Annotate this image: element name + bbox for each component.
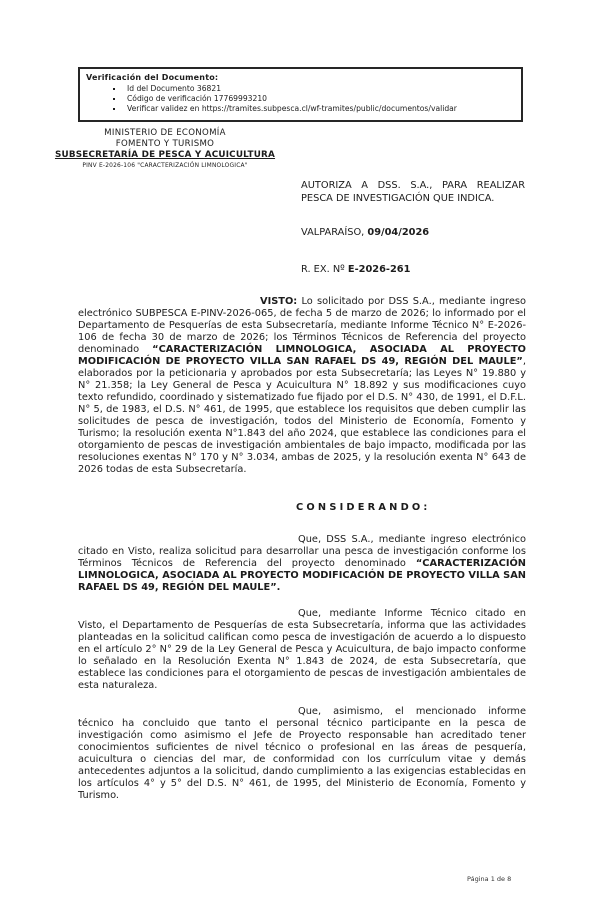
subsecretaria-title: SUBSECRETARÍA DE PESCA Y ACUICULTURA (38, 150, 292, 161)
place-label: VALPARAÍSO, (301, 227, 367, 238)
verification-list: Id del Documento 36821 Código de verific… (86, 84, 515, 114)
considerando-heading: CONSIDERANDO: (296, 502, 526, 514)
letterhead: MINISTERIO DE ECONOMÍA FOMENTO Y TURISMO… (38, 128, 292, 170)
verification-item-code: Código de verificación 17769993210 (124, 94, 515, 104)
resolution-number-line: R. EX. Nº E-2026-261 (301, 264, 410, 275)
resolution-subject: AUTORIZA A DSS. S.A., PARA REALIZAR PESC… (301, 180, 525, 205)
visto-label: VISTO: (260, 296, 297, 307)
document-body: VISTO: Lo solicitado por DSS S.A., media… (78, 296, 526, 816)
project-reference: PINV E-2026-106 "CARACTERIZACIÓN LIMNOLO… (38, 162, 292, 170)
ministry-line-2: FOMENTO Y TURISMO (38, 139, 292, 150)
visto-rest-text: , elaborados por la peticionaria y aprob… (78, 356, 526, 475)
place-date-line: VALPARAÍSO, 09/04/2026 (301, 227, 429, 238)
resolution-number-value: E-2026-261 (348, 264, 411, 275)
verification-item-document-id: Id del Documento 36821 (124, 84, 515, 94)
verification-item-url: Verificar validez en https://tramites.su… (124, 104, 515, 114)
ministry-line-1: MINISTERIO DE ECONOMÍA (38, 128, 292, 139)
document-page: Verificación del Documento: Id del Docum… (0, 0, 600, 918)
date-value: 09/04/2026 (367, 227, 429, 238)
verification-title: Verificación del Documento: (86, 73, 515, 82)
considerando-paragraph-3: Que, asimismo, el mencionado informe téc… (78, 706, 526, 802)
considerando-paragraph-2: Que, mediante Informe Técnico citado en … (78, 608, 526, 692)
visto-paragraph: VISTO: Lo solicitado por DSS S.A., media… (78, 296, 526, 476)
resolution-number-label: R. EX. Nº (301, 264, 348, 275)
page-number: Página 1 de 8 (467, 875, 511, 883)
considerando-paragraph-1: Que, DSS S.A., mediante ingreso electrón… (78, 534, 526, 594)
verification-box: Verificación del Documento: Id del Docum… (78, 67, 523, 122)
